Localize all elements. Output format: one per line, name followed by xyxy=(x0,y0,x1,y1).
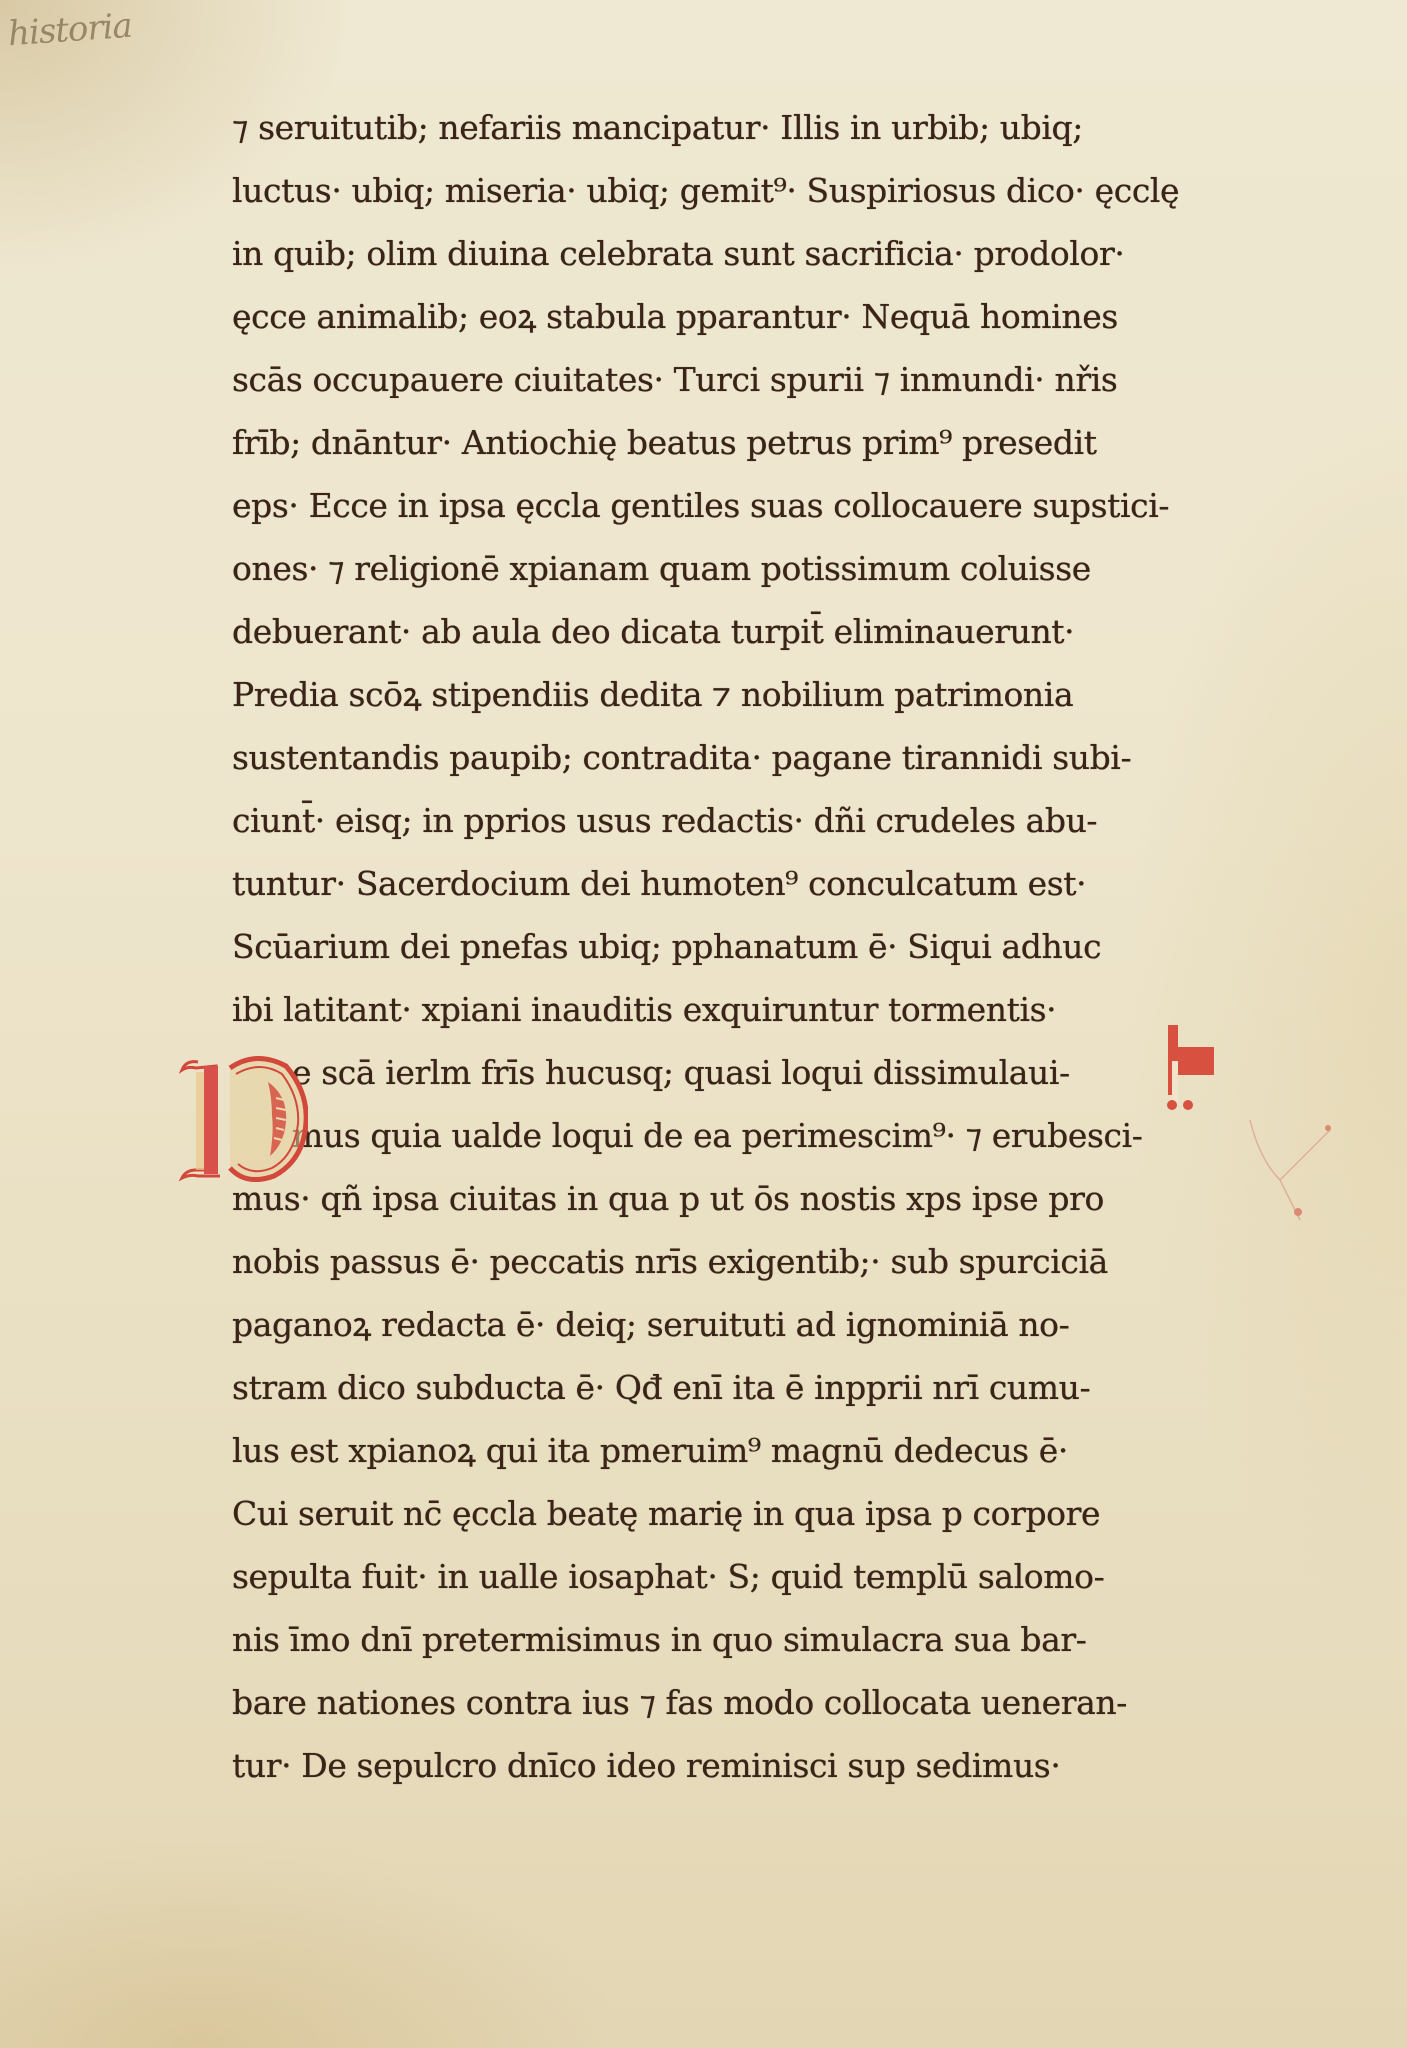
text-line: sustentandis paupib; contradita· pagane … xyxy=(232,726,1292,789)
text-line: Scūarium dei pnefas ubiq; pphanatum ē· S… xyxy=(232,915,1292,978)
text-line: mus· qñ ipsa ciuitas in qua p ut ōs nost… xyxy=(232,1167,1292,1230)
paragraph-mark-icon xyxy=(1160,1025,1214,1113)
text-line: eps· Ecce in ipsa ęccla gentiles suas co… xyxy=(232,474,1292,537)
text-line: debuerant· ab aula deo dicata turpit̄ el… xyxy=(232,600,1292,663)
text-line: mus quia ualde loqui de ea perimescim⁹· … xyxy=(232,1104,1292,1167)
text-line: luctus· ubiq; miseria· ubiq; gemit⁹· Sus… xyxy=(232,159,1292,222)
manuscript-folio: historia ⁊ seruitutib; nefariis mancipat… xyxy=(0,0,1407,2048)
illuminated-initial-d-icon xyxy=(176,1052,308,1182)
text-line: ibi latitant· xpiani inauditis exquirunt… xyxy=(232,978,1292,1041)
text-line: e scā ierlm frīs hucusq; quasi loqui dis… xyxy=(232,1041,1292,1104)
text-line: Predia scōꝝ stipendiis dedita ⁊ nobilium… xyxy=(232,663,1292,726)
guide-letter-sketch-icon xyxy=(1240,1120,1340,1230)
text-line: sepulta fuit· in ualle iosaphat· S; quid… xyxy=(232,1545,1292,1608)
text-line: ciunt̄· eisq; in pprios usus redactis· d… xyxy=(232,789,1292,852)
text-line: bare nationes contra ius ⁊ fas modo coll… xyxy=(232,1671,1292,1734)
text-line: lus est xpianoꝝ qui ita pmeruim⁹ magnū d… xyxy=(232,1419,1292,1482)
text-line: scās occupauere ciuitates· Turci spurii … xyxy=(232,348,1292,411)
text-column: ⁊ seruitutib; nefariis mancipatur· Illis… xyxy=(232,96,1292,1797)
text-line: frīb; dnāntur· Antiochię beatus petrus p… xyxy=(232,411,1292,474)
text-line: ęcce animalib; eoꝝ stabula pparantur· Ne… xyxy=(232,285,1292,348)
text-line: ⁊ seruitutib; nefariis mancipatur· Illis… xyxy=(232,96,1292,159)
text-line: tuntur· Sacerdocium dei humoten⁹ conculc… xyxy=(232,852,1292,915)
text-line: Cui seruit nc̄ ęccla beatę marię in qua … xyxy=(232,1482,1292,1545)
text-line: ones· ⁊ religionē xpianam quam potissimu… xyxy=(232,537,1292,600)
text-line: tur· De sepulcro dnīco ideo reminisci su… xyxy=(232,1734,1292,1797)
text-line: nis īmo dnī pretermisimus in quo simulac… xyxy=(232,1608,1292,1671)
text-line: stram dico subducta ē· Qđ enī ita ē inpp… xyxy=(232,1356,1292,1419)
text-line: paganoꝝ redacta ē· deiq; seruituti ad ig… xyxy=(232,1293,1292,1356)
text-line: nobis passus ē· peccatis nrīs exigentib;… xyxy=(232,1230,1292,1293)
marginal-note: historia xyxy=(7,6,133,55)
text-line: in quib; olim diuina celebrata sunt sacr… xyxy=(232,222,1292,285)
